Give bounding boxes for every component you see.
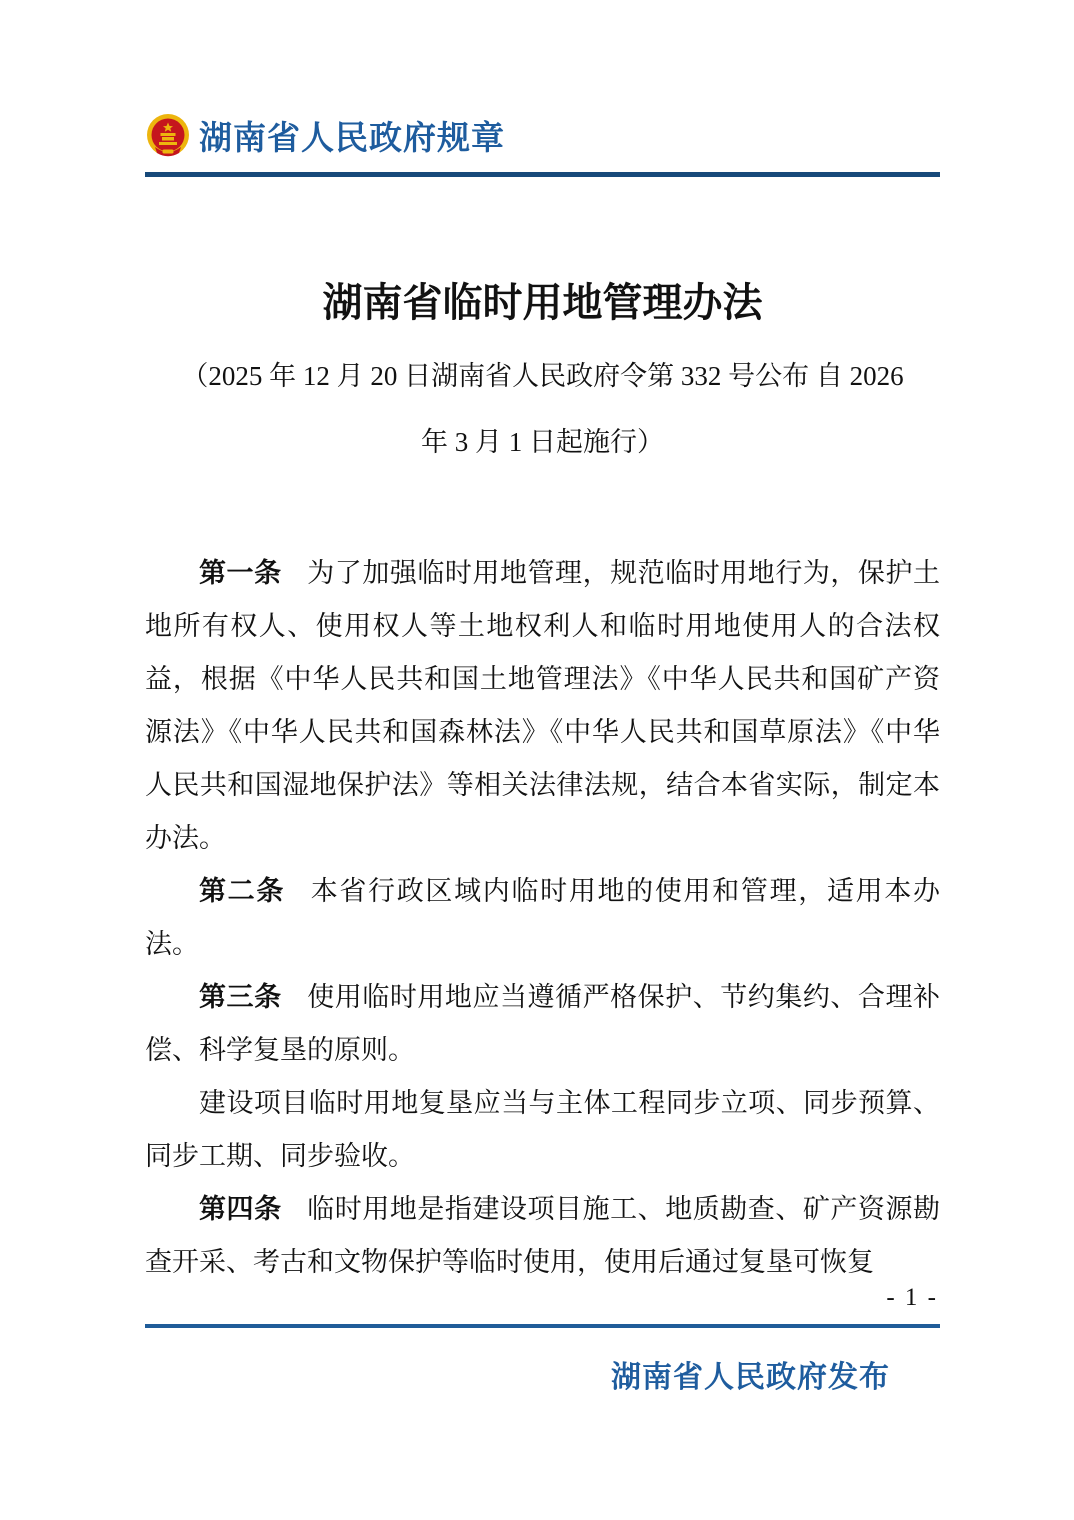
national-emblem-icon <box>145 113 191 159</box>
paragraph: 第一条为了加强临时用地管理，规范临时用地行为，保护土地所有权人、使用权人等土地权… <box>145 547 940 865</box>
document-subtitle: （2025 年 12 月 20 日湖南省人民政府令第 332 号公布 自 202… <box>145 343 940 475</box>
article-label: 第四条 <box>199 1194 282 1224</box>
document-body: 第一条为了加强临时用地管理，规范临时用地行为，保护土地所有权人、使用权人等土地权… <box>145 547 940 1289</box>
footer-rule <box>145 1324 940 1328</box>
subtitle-line-2: 年 3 月 1 日起施行） <box>145 409 940 475</box>
paragraph-text: 为了加强临时用地管理，规范临时用地行为，保护土地所有权人、使用权人等土地权利人和… <box>145 558 940 853</box>
subtitle-line-1: （2025 年 12 月 20 日湖南省人民政府令第 332 号公布 自 202… <box>145 343 940 409</box>
page-header: 湖南省人民政府规章 <box>0 0 1074 177</box>
header-title: 湖南省人民政府规章 <box>199 112 505 159</box>
page-number: - 1 - <box>145 1280 940 1315</box>
header-rule <box>145 172 940 177</box>
page-footer: - 1 - 湖南省人民政府发布 <box>145 1280 940 1396</box>
publisher-label: 湖南省人民政府发布 <box>145 1352 940 1396</box>
article-label: 第三条 <box>199 982 282 1012</box>
document-page: 湖南省人民政府规章 湖南省临时用地管理办法 （2025 年 12 月 20 日湖… <box>0 0 1074 1520</box>
article-label: 第一条 <box>199 558 282 588</box>
document-title: 湖南省临时用地管理办法 <box>145 277 940 329</box>
paragraph: 第二条本省行政区域内临时用地的使用和管理，适用本办法。 <box>145 865 940 971</box>
paragraph-text: 建设项目临时用地复垦应当与主体工程同步立项、同步预算、同步工期、同步验收。 <box>145 1088 940 1171</box>
paragraph: 第四条临时用地是指建设项目施工、地质勘查、矿产资源勘查开采、考古和文物保护等临时… <box>145 1183 940 1289</box>
paragraph: 第三条使用临时用地应当遵循严格保护、节约集约、合理补偿、科学复垦的原则。 <box>145 971 940 1077</box>
document-content: 湖南省临时用地管理办法 （2025 年 12 月 20 日湖南省人民政府令第 3… <box>0 277 1074 1289</box>
paragraph: 建设项目临时用地复垦应当与主体工程同步立项、同步预算、同步工期、同步验收。 <box>145 1077 940 1183</box>
article-label: 第二条 <box>199 876 285 906</box>
